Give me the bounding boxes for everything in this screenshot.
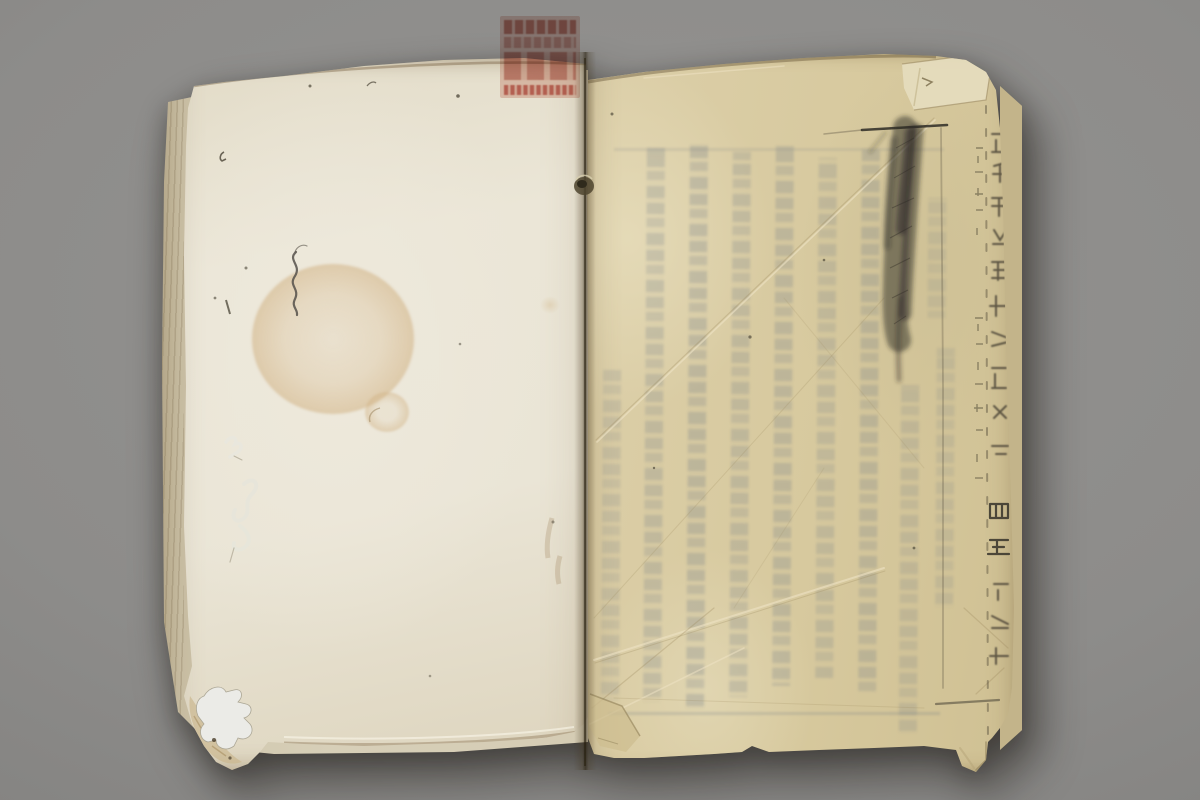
book [0,0,1200,800]
right-page-detail-art [584,48,1020,778]
red-seal-watermark [500,16,580,98]
top-edge-grime [588,56,936,82]
wormhole-blob [574,175,594,195]
gutter-smears [547,518,560,584]
right-page-specks [611,113,916,550]
watermark-glyph-row-1 [504,20,576,34]
watermark-letter-row [504,85,576,95]
bottom-right-flap [960,742,986,770]
watermark-large-glyphs [504,52,576,80]
gutter-detail-art [574,52,596,770]
inner-small-glyph-marks [974,148,983,478]
stain-tail [369,408,380,422]
left-page-specks [179,72,554,677]
white-abrasions [226,438,256,562]
left-page [164,56,588,772]
right-page [584,48,1020,778]
charcoal-smudge [870,128,917,380]
crease-lines [590,66,1008,724]
center-fold-gutter [574,52,596,770]
folio-number-glyphs [988,504,1009,554]
left-page-detail-art [164,56,588,772]
peeled-corner-flap [902,54,990,110]
watermark-glyph-row-2 [504,37,576,48]
photo-of-open-book [0,0,1200,800]
torn-corner [189,687,252,763]
curled-fiber [293,245,307,315]
